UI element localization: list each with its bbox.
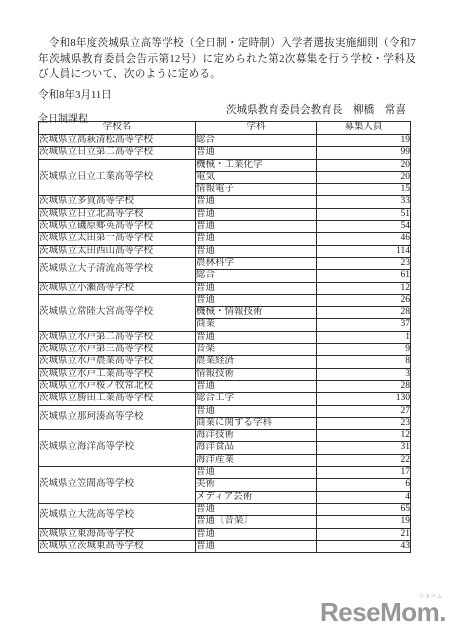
department-cell: 普通: [196, 147, 317, 159]
department-cell: 機械・工業化学: [196, 159, 317, 171]
recruit-count-cell: 65: [317, 503, 411, 515]
recruit-count-cell: 23: [317, 417, 411, 429]
department-cell: 普通: [196, 245, 317, 257]
recruit-count-cell: 130: [317, 393, 411, 405]
recruit-count-cell: 54: [317, 221, 411, 233]
recruitment-table: 学校名 学科 募集人員 茨城県立高萩清松高等学校総合19茨城県立日立第二高等学校…: [38, 121, 411, 553]
department-cell: 普通: [196, 221, 317, 233]
department-cell: 海洋技術: [196, 430, 317, 442]
recruit-count-cell: 19: [317, 516, 411, 528]
recruit-count-cell: 22: [317, 454, 411, 466]
department-cell: 普通: [196, 405, 317, 417]
department-cell: 総合工学: [196, 393, 317, 405]
table-row: 茨城県立水戸農業高等学校農業経済8: [39, 356, 411, 368]
recruit-count-cell: 12: [317, 430, 411, 442]
column-header-count: 募集人員: [317, 122, 411, 135]
recruit-count-cell: 1: [317, 331, 411, 343]
school-name-cell: 茨城県立水戸桜ノ牧常北校: [39, 380, 196, 392]
watermark-kana-label: リセマム: [419, 593, 443, 600]
table-row: 茨城県立大子清流高等学校農林科学23: [39, 257, 411, 269]
table-body: 茨城県立高萩清松高等学校総合19茨城県立日立第二高等学校普通99茨城県立日立工業…: [39, 135, 411, 553]
table-row: 茨城県立笠間高等学校普通17: [39, 467, 411, 479]
school-name-cell: 茨城県立日立工業高等学校: [39, 159, 196, 196]
department-cell: 普通: [196, 294, 317, 306]
resemom-watermark-logo: リセマム ReseMom.: [320, 597, 446, 628]
department-cell: 普通: [196, 282, 317, 294]
school-name-cell: 茨城県立東海高等学校: [39, 528, 196, 540]
recruit-count-cell: 19: [317, 135, 411, 147]
department-cell: 総合: [196, 270, 317, 282]
department-cell: 美術: [196, 479, 317, 491]
recruit-count-cell: 8: [317, 356, 411, 368]
department-cell: 農林科学: [196, 257, 317, 269]
table-row: 茨城県立高萩清松高等学校総合19: [39, 135, 411, 147]
table-row: 茨城県立水戸工業高等学校情報技術3: [39, 368, 411, 380]
recruit-count-cell: 27: [317, 405, 411, 417]
table-row: 茨城県立水戸第三高等学校音楽9: [39, 344, 411, 356]
school-name-cell: 茨城県立太田第一高等学校: [39, 233, 196, 245]
intro-paragraph: 令和8年度茨城県立高等学校（全日制・定時制）入学者選抜実施細則（令和7年茨城県教…: [38, 36, 416, 83]
school-name-cell: 茨城県立小瀬高等学校: [39, 282, 196, 294]
department-cell: 電気: [196, 171, 317, 183]
recruit-count-cell: 31: [317, 442, 411, 454]
department-cell: 普通: [196, 233, 317, 245]
school-name-cell: 茨城県立大洗高等学校: [39, 503, 196, 528]
recruit-count-cell: 43: [317, 540, 411, 552]
table-row: 茨城県立常陸大宮高等学校普通26: [39, 294, 411, 306]
department-cell: 海洋産業: [196, 454, 317, 466]
table-row: 茨城県立海洋高等学校海洋技術12: [39, 430, 411, 442]
recruit-count-cell: 15: [317, 184, 411, 196]
table-header-row: 学校名 学科 募集人員: [39, 122, 411, 135]
table-row: 茨城県立日立第二高等学校普通99: [39, 147, 411, 159]
recruit-count-cell: 23: [317, 257, 411, 269]
table-row: 茨城県立大洗高等学校普通65: [39, 503, 411, 515]
school-name-cell: 茨城県立水戸第三高等学校: [39, 344, 196, 356]
table-row: 茨城県立日立北高等学校普通51: [39, 208, 411, 220]
school-name-cell: 茨城県立水戸農業高等学校: [39, 356, 196, 368]
school-name-cell: 茨城県立日立北高等学校: [39, 208, 196, 220]
recruit-count-cell: 26: [317, 294, 411, 306]
table-row: 茨城県立磯原郷英高等学校普通54: [39, 221, 411, 233]
table-row: 茨城県立那珂湊高等学校普通27: [39, 405, 411, 417]
recruit-count-cell: 33: [317, 196, 411, 208]
recruit-count-cell: 46: [317, 233, 411, 245]
recruit-count-cell: 21: [317, 528, 411, 540]
school-name-cell: 茨城県立常陸大宮高等学校: [39, 294, 196, 331]
department-cell: 機械・情報技術: [196, 307, 317, 319]
recruit-count-cell: 51: [317, 208, 411, 220]
department-cell: 普通: [196, 380, 317, 392]
school-name-cell: 茨城県立水戸第二高等学校: [39, 331, 196, 343]
school-name-cell: 茨城県立那珂湊高等学校: [39, 405, 196, 430]
school-name-cell: 茨城県立勝田工業高等学校: [39, 393, 196, 405]
table-row: 茨城県立東海高等学校普通21: [39, 528, 411, 540]
table-row: 茨城県立太田第一高等学校普通46: [39, 233, 411, 245]
recruit-count-cell: 12: [317, 282, 411, 294]
school-name-cell: 茨城県立高萩清松高等学校: [39, 135, 196, 147]
department-cell: 普通: [196, 331, 317, 343]
table-row: 茨城県立太田西山高等学校普通114: [39, 245, 411, 257]
recruit-count-cell: 61: [317, 270, 411, 282]
signature-line: 茨城県教育委員会教育長 柳橋 常喜: [226, 102, 406, 117]
department-cell: メディア芸術: [196, 491, 317, 503]
school-name-cell: 茨城県立笠間高等学校: [39, 467, 196, 504]
department-cell: 普通〔音楽〕: [196, 516, 317, 528]
school-name-cell: 茨城県立磯原郷英高等学校: [39, 221, 196, 233]
department-cell: 海洋食品: [196, 442, 317, 454]
department-cell: 普通: [196, 540, 317, 552]
department-cell: 情報技術: [196, 368, 317, 380]
recruit-count-cell: 20: [317, 159, 411, 171]
recruit-count-cell: 28: [317, 380, 411, 392]
school-name-cell: 茨城県立太田西山高等学校: [39, 245, 196, 257]
department-cell: 普通: [196, 503, 317, 515]
school-name-cell: 茨城県立茨城東高等学校: [39, 540, 196, 552]
department-cell: 総合: [196, 135, 317, 147]
recruit-count-cell: 4: [317, 491, 411, 503]
school-name-cell: 茨城県立水戸工業高等学校: [39, 368, 196, 380]
department-cell: 普通: [196, 467, 317, 479]
school-name-cell: 茨城県立大子清流高等学校: [39, 257, 196, 282]
table-row: 茨城県立水戸第二高等学校普通1: [39, 331, 411, 343]
department-cell: 普通: [196, 528, 317, 540]
school-name-cell: 茨城県立日立第二高等学校: [39, 147, 196, 159]
recruit-count-cell: 6: [317, 479, 411, 491]
department-cell: 商業に関する学科: [196, 417, 317, 429]
recruit-count-cell: 17: [317, 467, 411, 479]
school-name-cell: 茨城県立海洋高等学校: [39, 430, 196, 467]
department-cell: 普通: [196, 196, 317, 208]
watermark-text: ReseMom.: [320, 597, 446, 627]
table-row: 茨城県立多賀高等学校普通33: [39, 196, 411, 208]
department-cell: 農業経済: [196, 356, 317, 368]
table-row: 茨城県立茨城東高等学校普通43: [39, 540, 411, 552]
department-cell: 情報電子: [196, 184, 317, 196]
table-row: 茨城県立水戸桜ノ牧常北校普通28: [39, 380, 411, 392]
department-cell: 音楽: [196, 344, 317, 356]
column-header-department: 学科: [196, 122, 317, 135]
table-row: 茨城県立勝田工業高等学校総合工学130: [39, 393, 411, 405]
school-name-cell: 茨城県立多賀高等学校: [39, 196, 196, 208]
department-cell: 普通: [196, 208, 317, 220]
recruit-count-cell: 20: [317, 171, 411, 183]
document-date: 令和8年3月11日: [38, 87, 112, 102]
recruit-count-cell: 99: [317, 147, 411, 159]
recruit-count-cell: 37: [317, 319, 411, 331]
recruit-count-cell: 114: [317, 245, 411, 257]
recruit-count-cell: 3: [317, 368, 411, 380]
department-cell: 商業: [196, 319, 317, 331]
column-header-school: 学校名: [39, 122, 196, 135]
table-row: 茨城県立小瀬高等学校普通12: [39, 282, 411, 294]
recruit-count-cell: 9: [317, 344, 411, 356]
recruit-count-cell: 28: [317, 307, 411, 319]
table-row: 茨城県立日立工業高等学校機械・工業化学20: [39, 159, 411, 171]
